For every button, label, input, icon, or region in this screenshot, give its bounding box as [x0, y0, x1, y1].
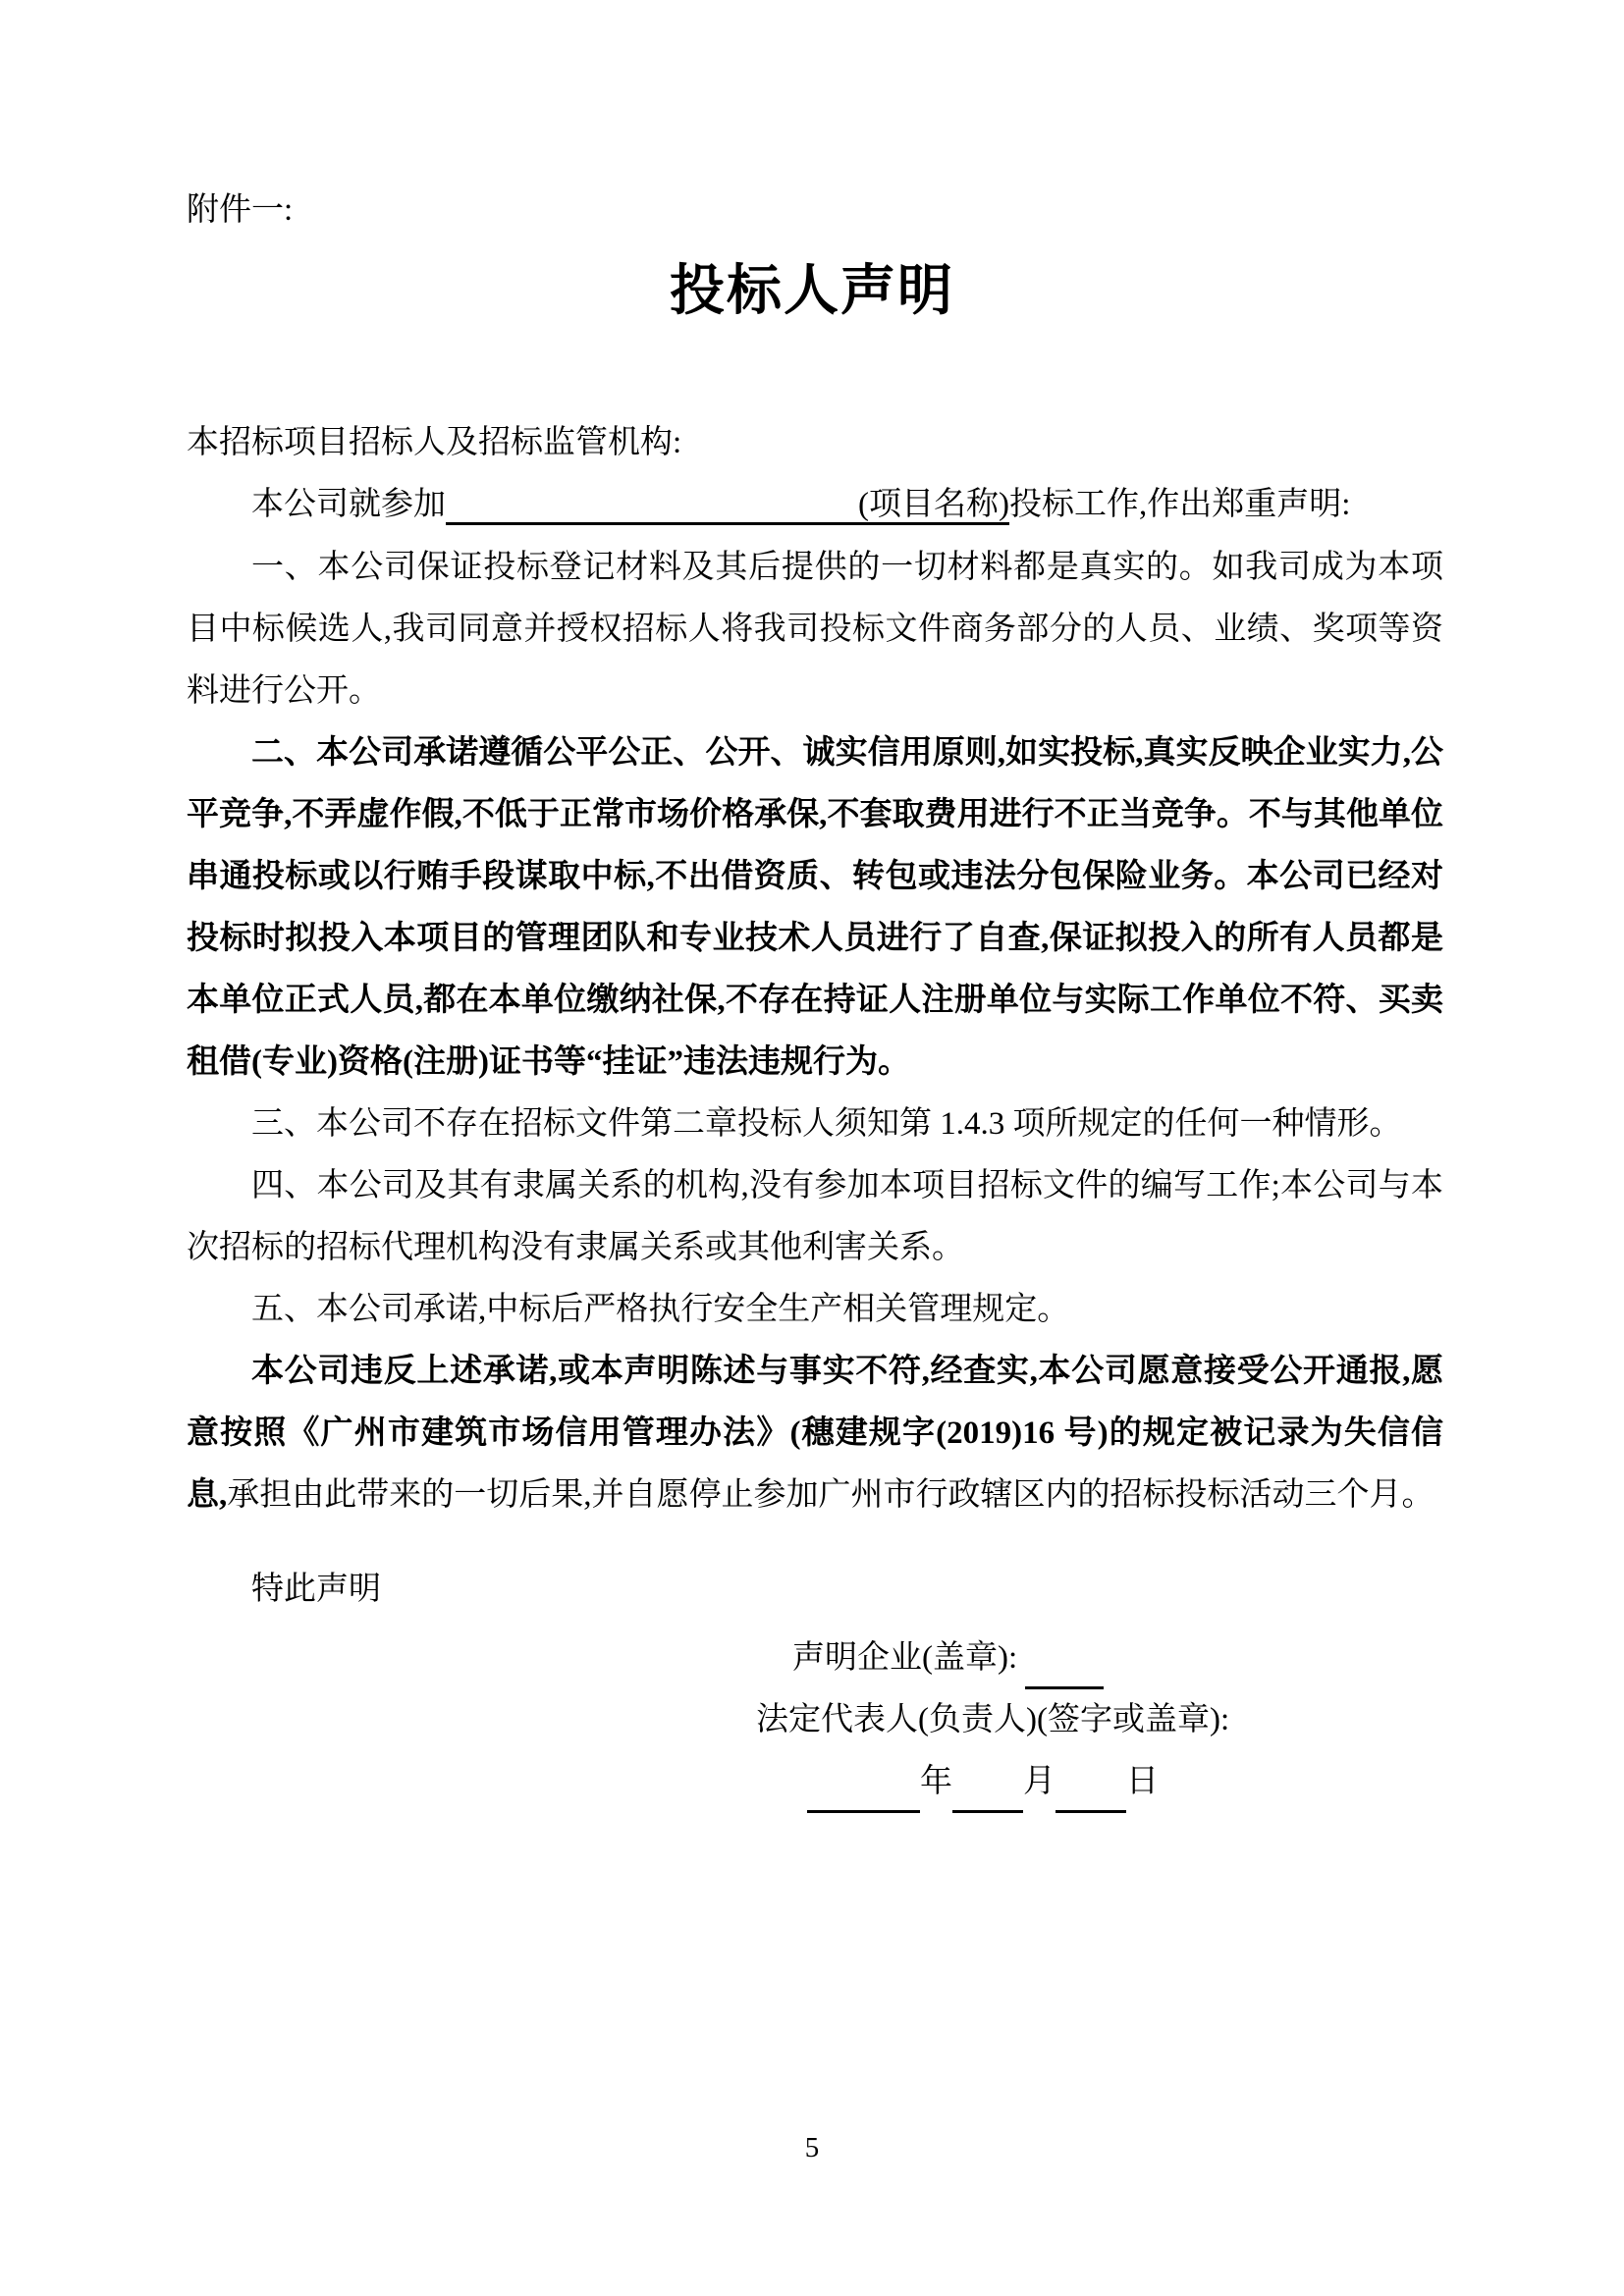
- date-day-blank: [1056, 1778, 1126, 1813]
- page-title: 投标人声明: [0, 257, 1624, 326]
- project-name-blank: [446, 502, 858, 537]
- document-body: 本招标项目招标人及招标监管机构: 本公司就参加(项目名称)投标工作,作出郑重声明…: [187, 412, 1443, 1813]
- declaration-item-3: 三、本公司不存在招标文件第二章投标人须知第 1.4.3 项所规定的任何一种情形。: [187, 1094, 1443, 1155]
- penalty-regular-segment: 承担由此带来的一切后果,并自愿停止参加广州市行政辖区内的招标投标活动三个月。: [227, 1477, 1434, 1513]
- penalty-paragraph: 本公司违反上述承诺,或本声明陈述与事实不符,经查实,本公司愿意接受公开通报,愿意…: [187, 1341, 1443, 1526]
- legal-rep-label: 法定代表人(负责人)(签字或盖章):: [756, 1702, 1229, 1737]
- date-day-label: 日: [1126, 1764, 1159, 1799]
- date-month-blank: [952, 1778, 1023, 1813]
- company-seal-line: 声明企业(盖章):: [187, 1628, 1443, 1689]
- declaration-item-2: 二、本公司承诺遵循公平公正、公开、诚实信用原则,如实投标,真实反映企业实力,公平…: [187, 722, 1443, 1094]
- document-page: 附件一: 投标人声明 本招标项目招标人及招标监管机构: 本公司就参加(项目名称)…: [0, 0, 1624, 2296]
- declaration-item-1: 一、本公司保证投标登记材料及其后提供的一切材料都是真实的。如我司成为本项目中标候…: [187, 537, 1443, 722]
- intro-line: 本招标项目招标人及招标监管机构:: [187, 412, 1443, 474]
- participation-suffix: 投标工作,作出郑重声明:: [1009, 487, 1350, 522]
- date-month-label: 月: [1023, 1764, 1056, 1799]
- participation-prefix: 本公司就参加: [251, 487, 446, 522]
- legal-rep-line: 法定代表人(负责人)(签字或盖章):: [187, 1689, 1443, 1751]
- date-year-blank: [807, 1778, 920, 1813]
- participation-line: 本公司就参加(项目名称)投标工作,作出郑重声明:: [187, 474, 1443, 537]
- attachment-label: 附件一:: [187, 188, 293, 233]
- signature-block: 声明企业(盖章): 法定代表人(负责人)(签字或盖章): 年月日: [187, 1628, 1443, 1813]
- company-seal-label: 声明企业(盖章):: [792, 1640, 1017, 1676]
- declaration-item-5: 五、本公司承诺,中标后严格执行安全生产相关管理规定。: [187, 1279, 1443, 1341]
- hereby-declare-line: 特此声明: [187, 1559, 1443, 1621]
- project-name-label: (项目名称): [858, 487, 1009, 522]
- declaration-item-4: 四、本公司及其有隶属关系的机构,没有参加本项目招标文件的编写工作;本公司与本次招…: [187, 1155, 1443, 1279]
- project-name-underline: (项目名称): [446, 487, 1009, 525]
- date-year-label: 年: [920, 1764, 952, 1799]
- date-line: 年月日: [187, 1751, 1443, 1813]
- page-number: 5: [0, 2130, 1624, 2165]
- company-seal-blank: [1025, 1654, 1104, 1689]
